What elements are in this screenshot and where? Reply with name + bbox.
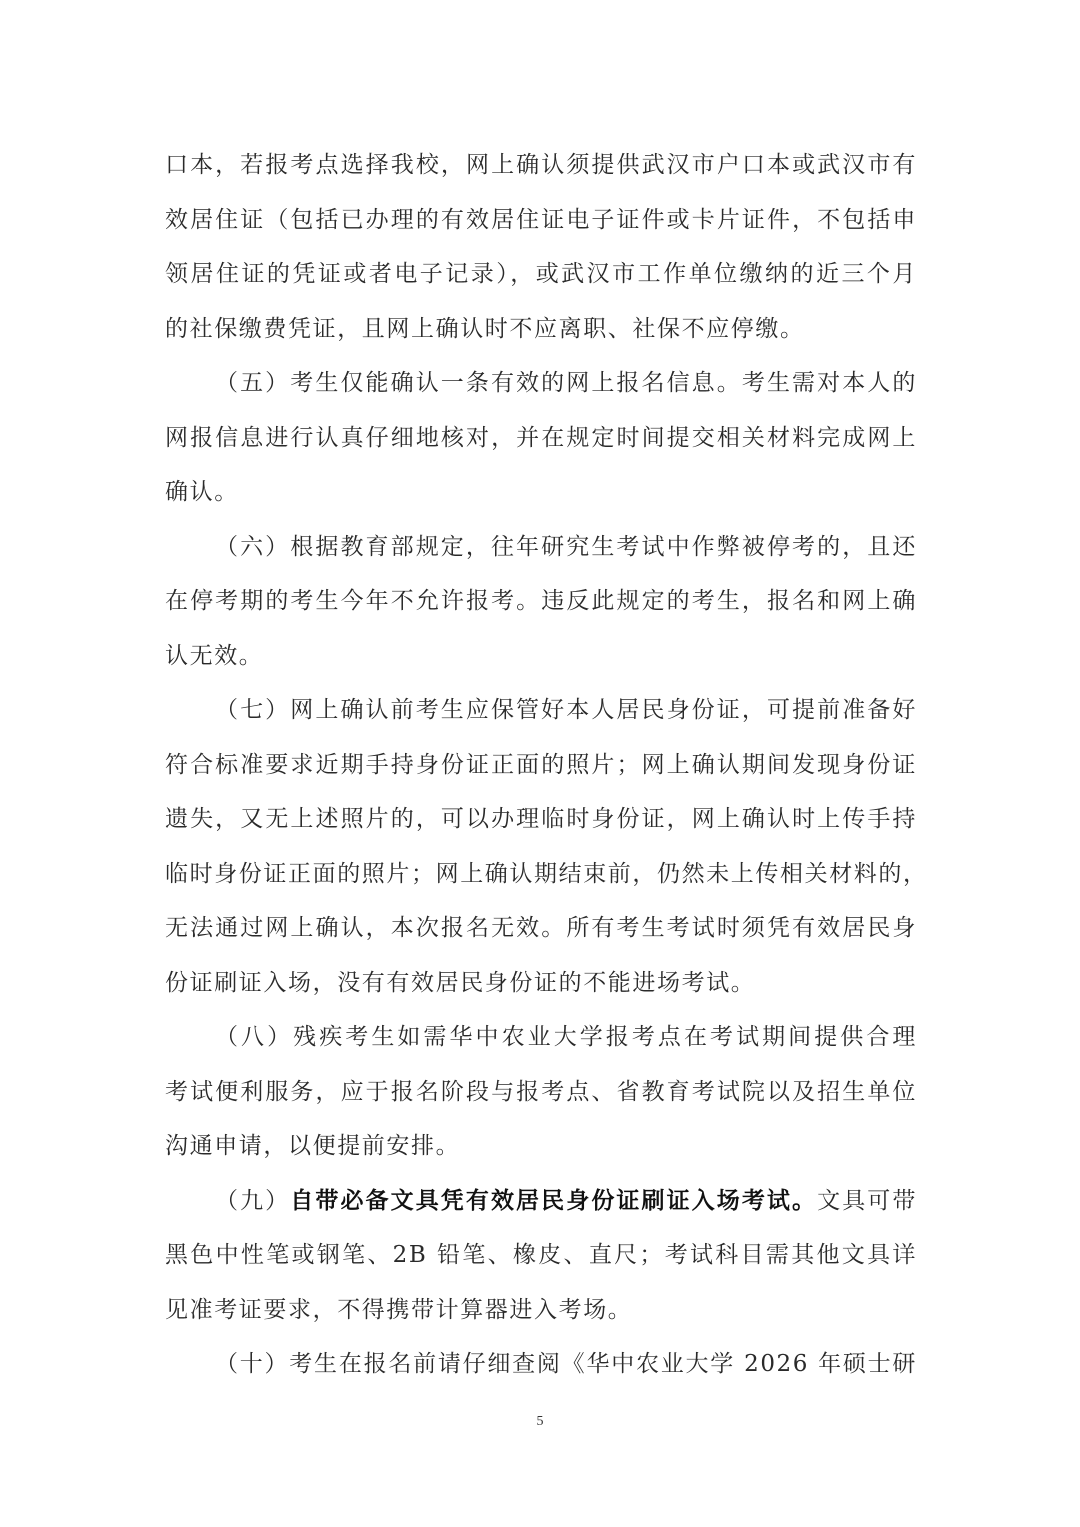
text-line: 口本，若报考点选择我校，网上确认须提供武汉市户口本或武汉市有 <box>165 138 917 193</box>
text-line: （八）残疾考生如需华中农业大学报考点在考试期间提供合理 <box>165 1010 917 1065</box>
paragraph-item-7: （七）网上确认前考生应保管好本人居民身份证，可提前准备好 符合标准要求近期手持身… <box>165 683 917 1010</box>
text-line: （六）根据教育部规定，往年研究生考试中作弊被停考的，且还 <box>165 520 917 575</box>
paragraph-continuation: 口本，若报考点选择我校，网上确认须提供武汉市户口本或武汉市有 效居住证（包括已办… <box>165 138 917 356</box>
text-line: 无法通过网上确认，本次报名无效。所有考生考试时须凭有效居民身 <box>165 901 917 956</box>
text-line: （九）自带必备文具凭有效居民身份证刷证入场考试。文具可带 <box>165 1174 917 1229</box>
text-line: 在停考期的考生今年不允许报考。违反此规定的考生，报名和网上确 <box>165 574 917 629</box>
text-line: 临时身份证正面的照片；网上确认期结束前，仍然未上传相关材料的， <box>165 847 917 902</box>
text-line: （五）考生仅能确认一条有效的网上报名信息。考生需对本人的 <box>165 356 917 411</box>
text-line: 见准考证要求，不得携带计算器进入考场。 <box>165 1283 917 1338</box>
page-number: 5 <box>0 1414 1080 1430</box>
text-line: 领居住证的凭证或者电子记录），或武汉市工作单位缴纳的近三个月 <box>165 247 917 302</box>
text-line: 的社保缴费凭证，且网上确认时不应离职、社保不应停缴。 <box>165 302 917 357</box>
document-body: 口本，若报考点选择我校，网上确认须提供武汉市户口本或武汉市有 效居住证（包括已办… <box>165 138 917 1392</box>
paragraph-item-8: （八）残疾考生如需华中农业大学报考点在考试期间提供合理 考试便利服务，应于报名阶… <box>165 1010 917 1174</box>
text-line: 符合标准要求近期手持身份证正面的照片；网上确认期间发现身份证 <box>165 738 917 793</box>
text-line: 考试便利服务，应于报名阶段与报考点、省教育考试院以及招生单位 <box>165 1065 917 1120</box>
text-line: （七）网上确认前考生应保管好本人居民身份证，可提前准备好 <box>165 683 917 738</box>
text-line: 认无效。 <box>165 629 917 684</box>
text-line: （十）考生在报名前请仔细查阅《华中农业大学 2026 年硕士研 <box>165 1337 917 1392</box>
document-page: 口本，若报考点选择我校，网上确认须提供武汉市户口本或武汉市有 效居住证（包括已办… <box>0 0 1080 1527</box>
text-line: 效居住证（包括已办理的有效居住证电子证件或卡片证件，不包括申 <box>165 193 917 248</box>
text-line: 沟通申请，以便提前安排。 <box>165 1119 917 1174</box>
text-line: 网报信息进行认真仔细地核对，并在规定时间提交相关材料完成网上 <box>165 411 917 466</box>
item-number: （九） <box>215 1188 290 1214</box>
text-line: 遗失，又无上述照片的，可以办理临时身份证，网上确认时上传手持 <box>165 792 917 847</box>
bold-emphasis: 自带必备文具凭有效居民身份证刷证入场考试。 <box>290 1187 817 1214</box>
text-span: 文具可带 <box>817 1188 917 1214</box>
paragraph-item-10: （十）考生在报名前请仔细查阅《华中农业大学 2026 年硕士研 <box>165 1337 917 1392</box>
text-line: 黑色中性笔或钢笔、2B 铅笔、橡皮、直尺；考试科目需其他文具详 <box>165 1228 917 1283</box>
text-line: 份证刷证入场，没有有效居民身份证的不能进场考试。 <box>165 956 917 1011</box>
paragraph-item-9: （九）自带必备文具凭有效居民身份证刷证入场考试。文具可带 黑色中性笔或钢笔、2B… <box>165 1174 917 1338</box>
paragraph-item-6: （六）根据教育部规定，往年研究生考试中作弊被停考的，且还 在停考期的考生今年不允… <box>165 520 917 684</box>
paragraph-item-5: （五）考生仅能确认一条有效的网上报名信息。考生需对本人的 网报信息进行认真仔细地… <box>165 356 917 520</box>
text-line: 确认。 <box>165 465 917 520</box>
